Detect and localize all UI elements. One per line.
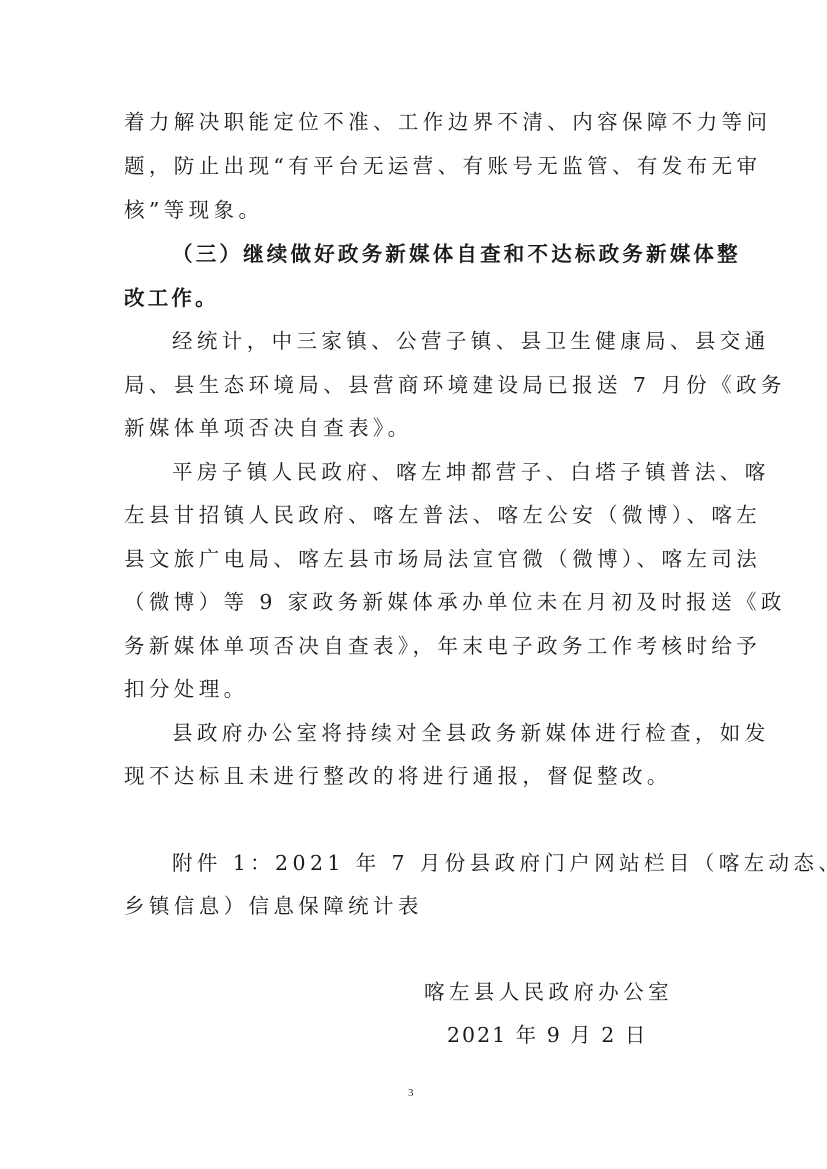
attachment-line: 乡镇信息）信息保障统计表 xyxy=(124,893,704,919)
paragraph-line: 务新媒体单项否决自查表》，年末电子政务工作考核时给予 xyxy=(124,633,704,659)
page-number: 3 xyxy=(408,1087,414,1099)
paragraph-line: 题，防止出现“有平台无运营、有账号无监管、有发布无审 xyxy=(124,153,704,179)
paragraph-line: 县文旅广电局、喀左县市场局法宣官微（微博）、喀左司法 xyxy=(124,546,704,572)
paragraph-line: 局、县生态环境局、县营商环境建设局已报送 7 月份《政务 xyxy=(124,372,704,398)
paragraph-line: 新媒体单项否决自查表》。 xyxy=(124,415,704,441)
signature-issuer: 喀左县人民政府办公室 xyxy=(424,979,673,1005)
paragraph-line: 着力解决职能定位不准、工作边界不清、内容保障不力等问 xyxy=(124,109,704,135)
paragraph-line: 县政府办公室将持续对全县政务新媒体进行检查，如发 xyxy=(172,720,704,746)
paragraph-line: 现不达标且未进行整改的将进行通报，督促整改。 xyxy=(124,763,704,789)
section-heading: （三）继续做好政务新媒体自查和不达标政务新媒体整 xyxy=(172,241,704,267)
paragraph-line: 扣分处理。 xyxy=(124,676,704,702)
paragraph-line: （微博）等 9 家政务新媒体承办单位未在月初及时报送《政 xyxy=(124,589,704,615)
signature-date: 2021 年 9 月 2 日 xyxy=(447,1022,647,1048)
paragraph-line: 核”等现象。 xyxy=(124,197,704,223)
paragraph-line: 左县甘招镇人民政府、喀左普法、喀左公安（微博）、喀左 xyxy=(124,502,704,528)
document-page: 着力解决职能定位不准、工作边界不清、内容保障不力等问 题，防止出现“有平台无运营… xyxy=(0,0,827,1169)
attachment-line: 附件 1：2021 年 7 月份县政府门户网站栏目（喀左动态、 xyxy=(172,850,704,876)
paragraph-line: 平房子镇人民政府、喀左坤都营子、白塔子镇普法、喀 xyxy=(172,459,704,485)
paragraph-line: 经统计，中三家镇、公营子镇、县卫生健康局、县交通 xyxy=(172,328,704,354)
section-heading: 改工作。 xyxy=(124,285,704,311)
